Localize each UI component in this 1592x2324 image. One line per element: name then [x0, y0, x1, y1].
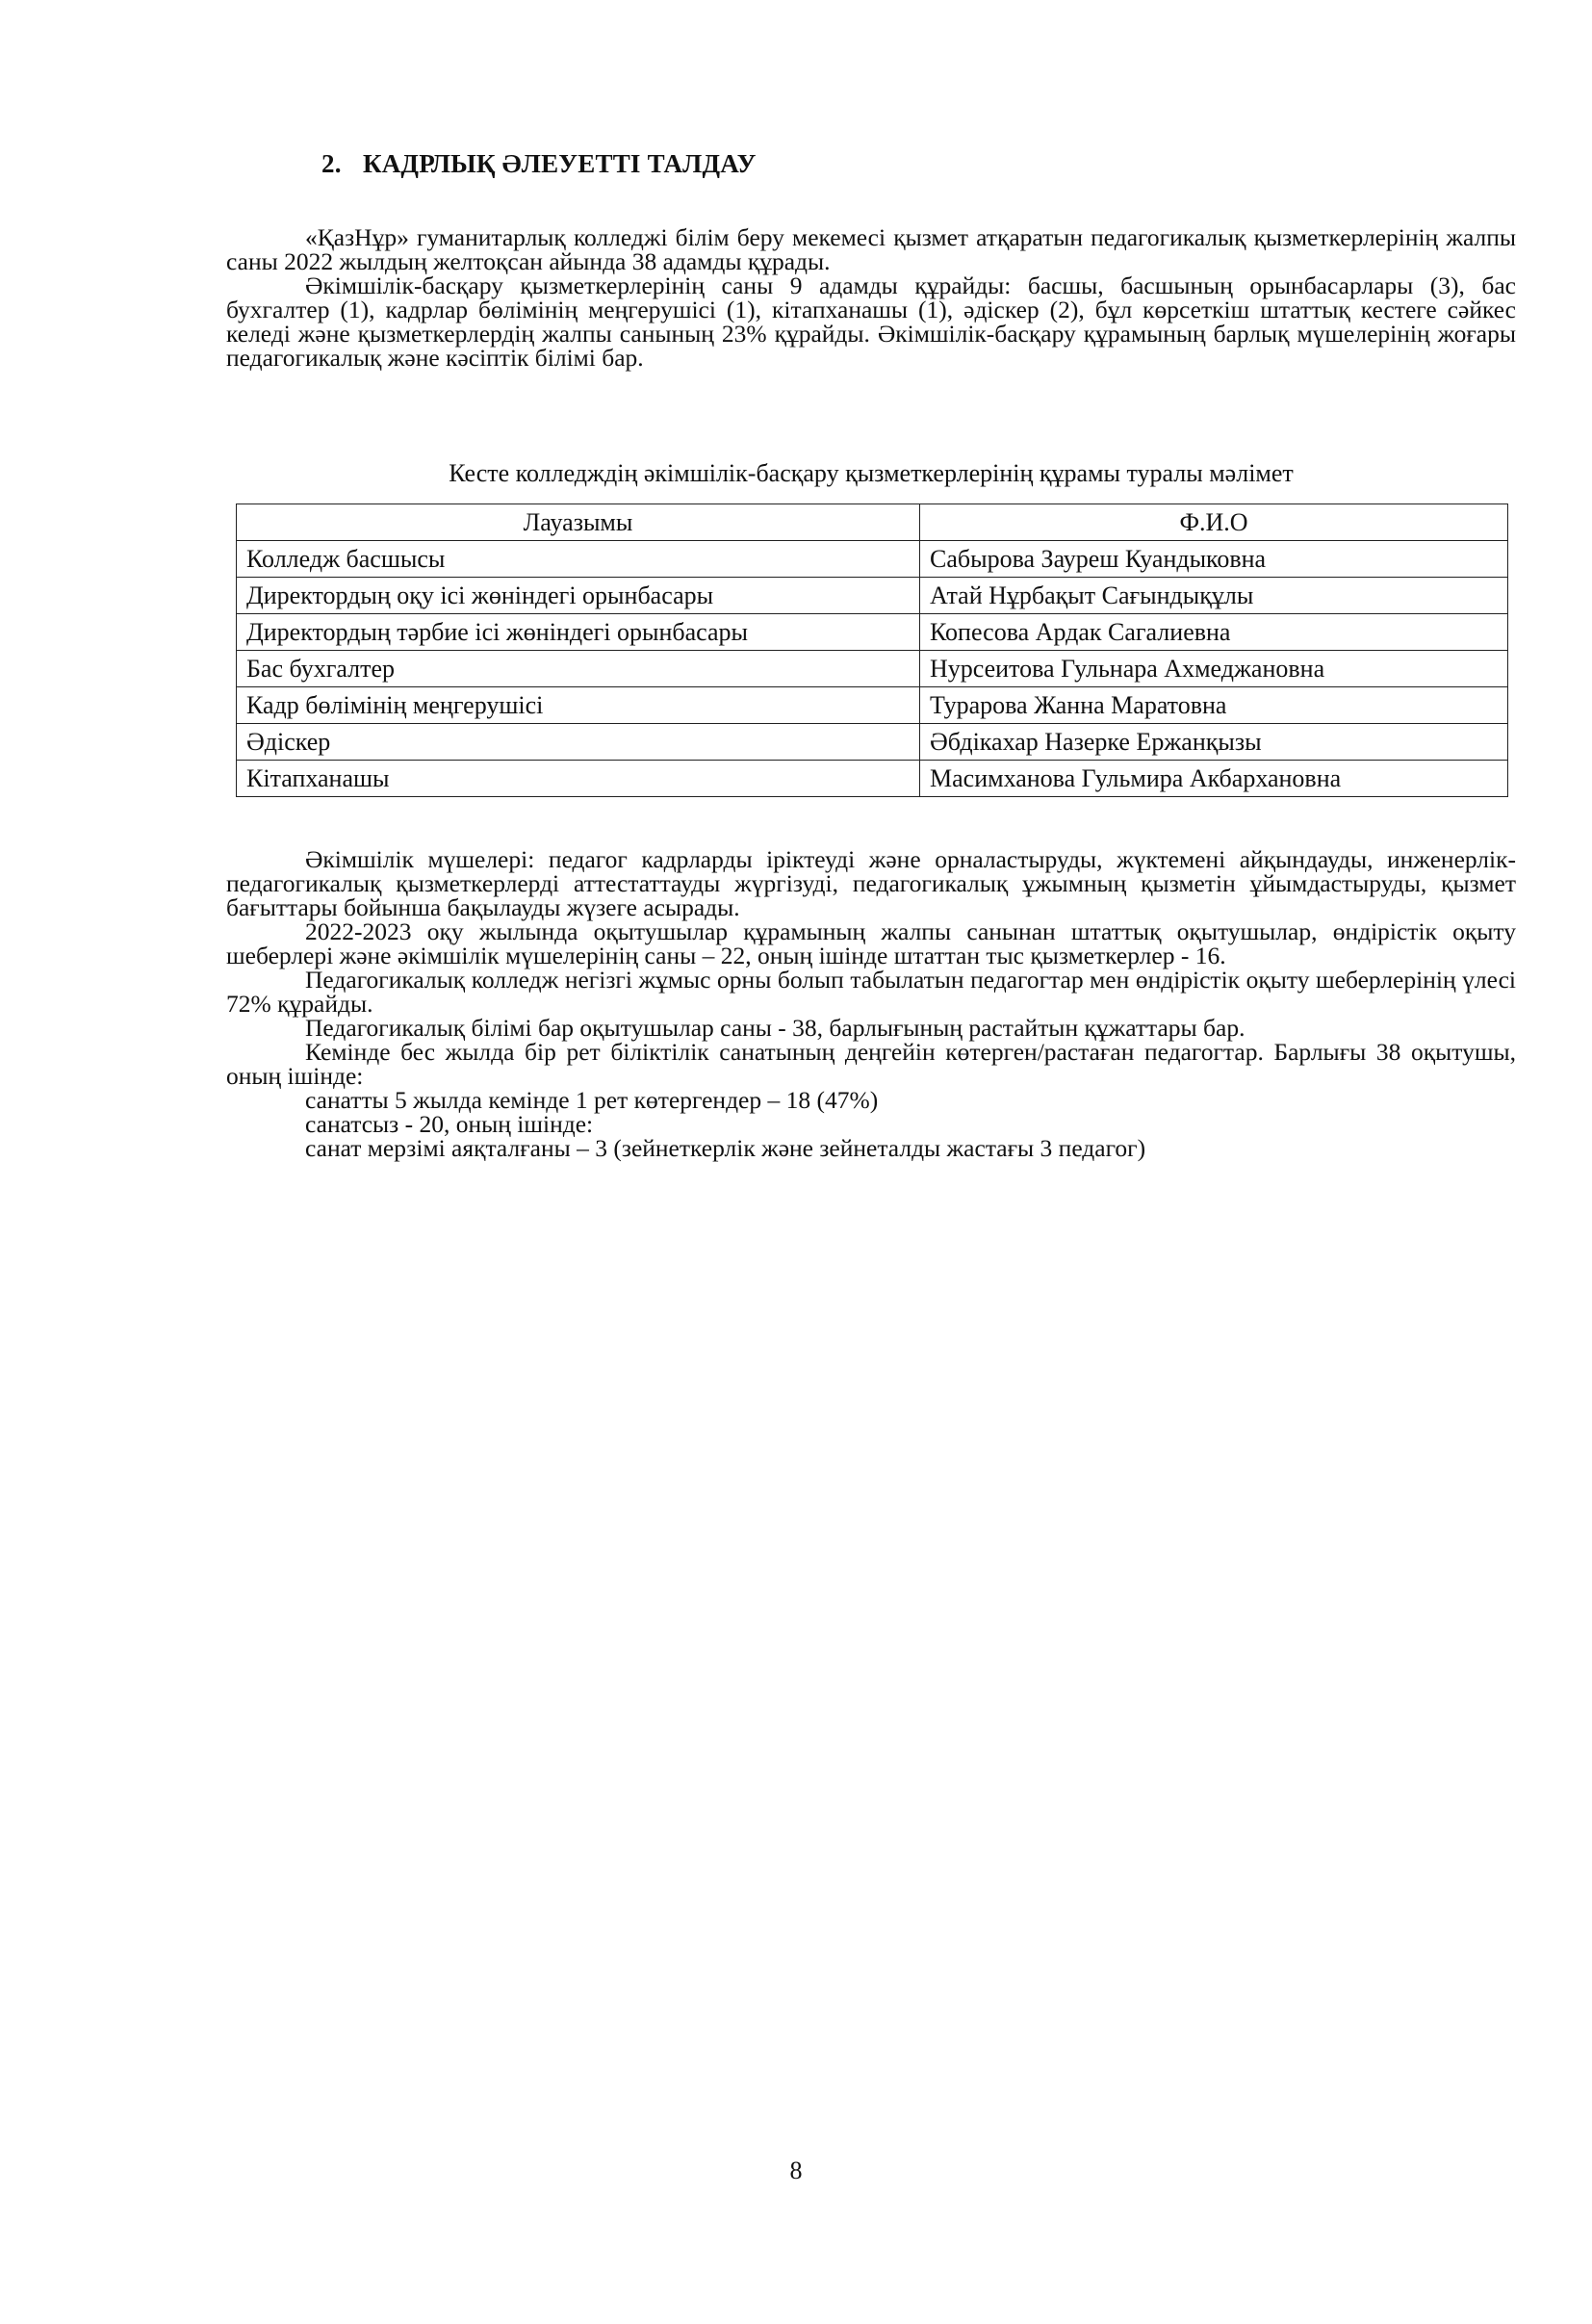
body-text: Әкімшілік мүшелері: педагог кадрларды ір… — [226, 847, 1516, 1160]
table-row: Кітапханашы Масимханова Гульмира Акбарха… — [237, 761, 1508, 797]
table-row: Бас бухгалтер Нурсеитова Гульнара Ахмедж… — [237, 651, 1508, 687]
document-page: 2. КАДРЛЫҚ ӘЛЕУЕТТІ ТАЛДАУ «ҚазНұр» гума… — [0, 0, 1592, 2324]
paragraph-core-staff-share: Педагогикалық колледж негізгі жұмыс орны… — [226, 968, 1516, 1016]
paragraph-admin-staff: Әкімшілік-басқару қызметкерлерінің саны … — [226, 273, 1516, 370]
position-cell: Бас бухгалтер — [237, 651, 920, 687]
fullname-cell: Сабырова Зауреш Куандыковна — [920, 541, 1508, 578]
position-cell: Әдіскер — [237, 724, 920, 761]
list-line-upgraded: санатты 5 жылда кемінде 1 рет көтергенде… — [226, 1088, 1516, 1112]
list-line-expired: санат мерзімі аяқталғаны – 3 (зейнеткерл… — [226, 1136, 1516, 1160]
position-cell: Директордың оқу ісі жөніндегі орынбасары — [237, 578, 920, 614]
intro-text: «ҚазНұр» гуманитарлық колледжі білім бер… — [226, 225, 1516, 370]
position-cell: Колледж басшысы — [237, 541, 920, 578]
paragraph-staff-total: «ҚазНұр» гуманитарлық колледжі білім бер… — [226, 225, 1516, 273]
paragraph-teacher-counts: 2022-2023 оқу жылында оқытушылар құрамын… — [226, 919, 1516, 968]
table-row: Әдіскер Әбдікахар Назерке Ержанқызы — [237, 724, 1508, 761]
fullname-cell: Копесова Ардак Сагалиевна — [920, 614, 1508, 651]
fullname-cell: Турарова Жанна Маратовна — [920, 687, 1508, 724]
paragraph-qualification: Кемінде бес жылда бір рет біліктілік сан… — [226, 1040, 1516, 1088]
table-row: Директордың оқу ісі жөніндегі орынбасары… — [237, 578, 1508, 614]
fullname-cell: Масимханова Гульмира Акбархановна — [920, 761, 1508, 797]
admin-staff-table: Лауазымы Ф.И.О Колледж басшысы Сабырова … — [236, 504, 1508, 797]
paragraph-pedagogical-education: Педагогикалық білімі бар оқытушылар саны… — [226, 1016, 1516, 1040]
list-line-uncategorized: санатсыз - 20, оның ішінде: — [226, 1112, 1516, 1136]
section-title: КАДРЛЫҚ ӘЛЕУЕТТІ ТАЛДАУ — [363, 149, 757, 178]
fullname-cell: Әбдікахар Назерке Ержанқызы — [920, 724, 1508, 761]
table-row: Колледж басшысы Сабырова Зауреш Куандыко… — [237, 541, 1508, 578]
position-cell: Кітапханашы — [237, 761, 920, 797]
column-header-position: Лауазымы — [237, 504, 920, 541]
table-row: Директордың тәрбие ісі жөніндегі орынбас… — [237, 614, 1508, 651]
section-heading: 2. КАДРЛЫҚ ӘЛЕУЕТТІ ТАЛДАУ — [321, 149, 757, 179]
fullname-cell: Нурсеитова Гульнара Ахмеджановна — [920, 651, 1508, 687]
table-caption: Кесте колледждің әкімшілік-басқару қызме… — [226, 460, 1516, 487]
column-header-fullname: Ф.И.О — [920, 504, 1508, 541]
table-row: Кадр бөлімінің меңгерушісі Турарова Жанн… — [237, 687, 1508, 724]
position-cell: Директордың тәрбие ісі жөніндегі орынбас… — [237, 614, 920, 651]
position-cell: Кадр бөлімінің меңгерушісі — [237, 687, 920, 724]
section-number: 2. — [321, 149, 356, 179]
fullname-cell: Атай Нұрбақыт Сағындықұлы — [920, 578, 1508, 614]
table-header-row: Лауазымы Ф.И.О — [237, 504, 1508, 541]
paragraph-admin-duties: Әкімшілік мүшелері: педагог кадрларды ір… — [226, 847, 1516, 919]
page-number: 8 — [0, 2156, 1592, 2185]
